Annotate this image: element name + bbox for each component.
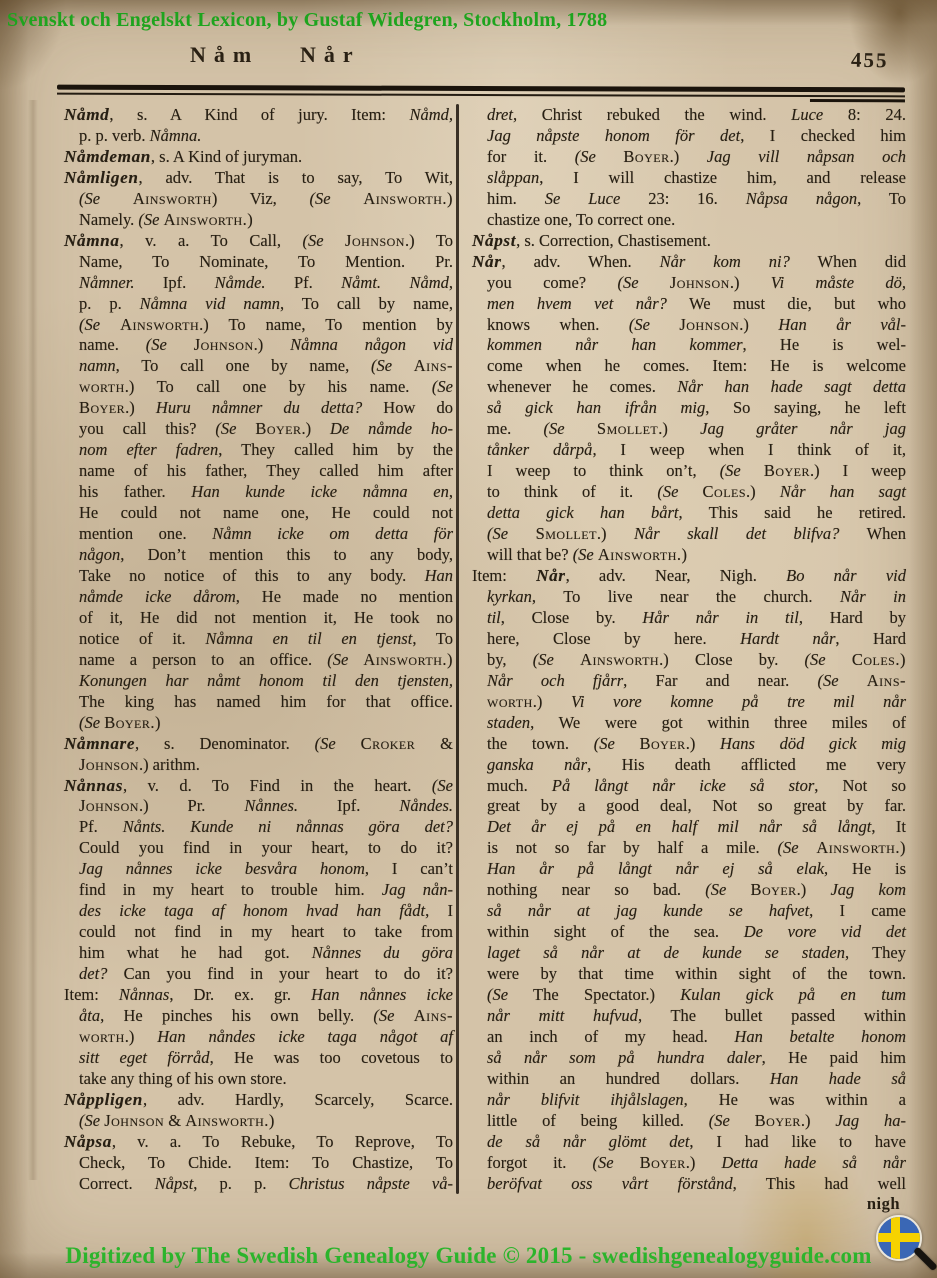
column-divider xyxy=(456,104,459,1194)
text-line: notice of it. Nåmna en til en tjenst, To xyxy=(64,629,453,650)
text-line: nom efter fadren, They called him by the xyxy=(64,440,453,461)
text-line: ganska når, His death afflicted me very xyxy=(472,755,906,776)
text-line: staden, We were got within three miles o… xyxy=(472,713,906,734)
text-line: within sight of the sea. De vore vid det xyxy=(472,922,906,943)
text-line: the town. (Se Boyer.) Hans död gick mig xyxy=(472,734,906,755)
text-line: p. p. verb. Nåmna. xyxy=(64,126,453,147)
text-line: within an hundred dollars. Han hade så xyxy=(472,1069,906,1090)
text-line: great by a good deal, Not so great by fa… xyxy=(472,796,906,817)
text-line: Check, To Chide. Item: To Chastize, To xyxy=(64,1153,453,1174)
catchword: nigh xyxy=(770,1194,900,1214)
text-line: Han år på långt når ej så elak, He is xyxy=(472,859,906,880)
text-line: men hvem vet når? We must die, but who xyxy=(472,294,906,315)
text-line: chastize one, To correct one. xyxy=(472,210,906,231)
text-line: name. (Se Johnson.) Nåmna någon vid xyxy=(64,335,453,356)
text-line: Nåmna, v. a. To Call, (Se Johnson.) To xyxy=(64,231,453,252)
text-line: beröfvat oss vårt förstånd, This had wel… xyxy=(472,1174,906,1195)
text-line: Name, To Nominate, To Mention. Pr. xyxy=(64,252,453,273)
text-line: Nånnas, v. d. To Find in the heart. (Se xyxy=(64,776,453,797)
text-line: him. Se Luce 23: 16. Nåpsa någon, To xyxy=(472,189,906,210)
text-line: Jag nåpste honom för det, I checked him xyxy=(472,126,906,147)
overlay-footer-text: Digitized by The Swedish Genealogy Guide… xyxy=(0,1243,937,1269)
text-line: p. p. Nåmna vid namn, To call by name, xyxy=(64,294,453,315)
text-line: så gick han ifrån mig, So saying, he lef… xyxy=(472,398,906,419)
text-line: Nåmdeman, s. A Kind of juryman. xyxy=(64,147,453,168)
text-line: Johnson.) Pr. Nånnes. Ipf. Nåndes. xyxy=(64,796,453,817)
text-line: is not so far by half a mile. (Se Ainswo… xyxy=(472,838,906,859)
text-line: nåmde icke dårom, He made no mention xyxy=(64,587,453,608)
overlay-header-text: Svenskt och Engelskt Lexicon, by Gustaf … xyxy=(7,9,607,32)
column-right: dret, Christ rebuked the wind. Luce 8: 2… xyxy=(472,105,906,1195)
text-line: take any thing of his own store. xyxy=(64,1069,453,1090)
text-line: worth.) To call one by his name. (Se xyxy=(64,377,453,398)
text-line: to think of it. (Se Coles.) Når han sagt xyxy=(472,482,906,503)
text-line: (Se Johnson & Ainsworth.) xyxy=(64,1111,453,1132)
text-line: you call this? (Se Boyer.) De nåmde ho- xyxy=(64,419,453,440)
text-line: dret, Christ rebuked the wind. Luce 8: 2… xyxy=(472,105,906,126)
text-line: Nåmd, s. A Kind of jury. Item: Nåmd, xyxy=(64,105,453,126)
text-line: come when he comes. Item: He is welcome xyxy=(472,356,906,377)
text-line: Når och fjårr, Far and near. (Se Ains- xyxy=(472,671,906,692)
flag-cross-horizontal xyxy=(878,1233,920,1242)
text-line: det? Can you find in your heart to do it… xyxy=(64,964,453,985)
text-line: Det år ej på en half mil når så långt, I… xyxy=(472,817,906,838)
text-line: Boyer.) Huru nåmner du detta? How do xyxy=(64,398,453,419)
text-line: could not find in my heart to take from xyxy=(64,922,453,943)
text-line: Nåpsa, v. a. To Rebuke, To Reprove, To xyxy=(64,1132,453,1153)
text-line: worth.) Vi vore komne på tre mil når xyxy=(472,692,906,713)
text-line: (Se Boyer.) xyxy=(64,713,453,734)
text-line: Correct. Nåpst, p. p. Christus nåpste vå… xyxy=(64,1174,453,1195)
text-line: little of being killed. (Se Boyer.) Jag … xyxy=(472,1111,906,1132)
text-line: når mitt hufvud, The bullet passed withi… xyxy=(472,1006,906,1027)
running-head-right: Når xyxy=(300,42,361,68)
text-line: (Se The Spectator.) Kulan gick på en tum xyxy=(472,985,906,1006)
text-line: Namely. (Se Ainsworth.) xyxy=(64,210,453,231)
header-double-rule xyxy=(57,85,905,98)
text-line: kommen når han kommer, He is wel- xyxy=(472,335,906,356)
text-line: (Se Smollet.) Når skall det blifva? When xyxy=(472,524,906,545)
text-line: here, Close by here. Hardt når, Hard xyxy=(472,629,906,650)
text-line: så når at jag kunde se hafvet, I came xyxy=(472,901,906,922)
text-line: him what he had got. Nånnes du göra xyxy=(64,943,453,964)
text-line: whenever he comes. Når han hade sagt det… xyxy=(472,377,906,398)
text-line: He could not name one, He could not xyxy=(64,503,453,524)
text-line: were by that time within sight of the to… xyxy=(472,964,906,985)
text-line: mention one. Nåmn icke om detta för xyxy=(64,524,453,545)
text-line: des icke taga af honom hvad han fådt, I xyxy=(64,901,453,922)
text-line: de så når glömt det, I had like to have xyxy=(472,1132,906,1153)
text-line: kyrkan, To live near the church. Når in xyxy=(472,587,906,608)
text-line: Nåppligen, adv. Hardly, Scarcely, Scarce… xyxy=(64,1090,453,1111)
text-line: så når som på hundra daler, He paid him xyxy=(472,1048,906,1069)
text-line: åta, He pinches his own belly. (Se Ains- xyxy=(64,1006,453,1027)
text-line: laget så når at de kunde se staden, They xyxy=(472,943,906,964)
text-line: Could you find in your heart, to do it? xyxy=(64,838,453,859)
text-line: nothing near so bad. (Se Boyer.) Jag kom xyxy=(472,880,906,901)
text-line: (Se Ainsworth) Viz, (Se Ainsworth.) xyxy=(64,189,453,210)
text-line: The king has named him for that office. xyxy=(64,692,453,713)
text-line: sitt eget förråd, He was too covetous to xyxy=(64,1048,453,1069)
text-line: (Se Ainsworth.) To name, To mention by xyxy=(64,315,453,336)
text-line: detta gick han bårt, This said he retire… xyxy=(472,503,906,524)
text-line: til, Close by. Hår når in til, Hard by xyxy=(472,608,906,629)
running-head-left: Nåm xyxy=(190,42,259,68)
text-line: by, (Se Ainsworth.) Close by. (Se Coles.… xyxy=(472,650,906,671)
text-line: much. På långt når icke så stor, Not so xyxy=(472,776,906,797)
page-number: 455 xyxy=(851,48,889,74)
scanned-page: Svenskt och Engelskt Lexicon, by Gustaf … xyxy=(0,0,937,1278)
text-line: forgot it. (Se Boyer.) Detta hade så når xyxy=(472,1153,906,1174)
text-line: namn, To call one by name, (Se Ains- xyxy=(64,356,453,377)
page-crease xyxy=(28,100,38,1180)
text-line: Nåmligen, adv. That is to say, To Wit, xyxy=(64,168,453,189)
text-line: an inch of my head. Han betalte honom xyxy=(472,1027,906,1048)
text-line: Item: Når, adv. Near, Nigh. Bo når vid xyxy=(472,566,906,587)
text-line: his father. Han kunde icke nåmna en, xyxy=(64,482,453,503)
text-line: når blifvit ihjålslagen, He was within a xyxy=(472,1090,906,1111)
text-line: Jag nånnes icke besvåra honom, I can’t xyxy=(64,859,453,880)
rule-thick xyxy=(57,85,905,93)
text-line: of it, He did not mention it, He took no xyxy=(64,608,453,629)
column-left: Nåmd, s. A Kind of jury. Item: Nåmd,p. p… xyxy=(64,105,453,1195)
text-line: name a person to an office. (Se Ainswort… xyxy=(64,650,453,671)
text-line: name of his father, They called him afte… xyxy=(64,461,453,482)
text-line: Nåpst, s. Correction, Chastisement. xyxy=(472,231,906,252)
text-line: Item: Nånnas, Dr. ex. gr. Han nånnes ick… xyxy=(64,985,453,1006)
text-line: Når, adv. When. Når kom ni? When did xyxy=(472,252,906,273)
text-line: will that be? (Se Ainsworth.) xyxy=(472,545,906,566)
text-line: Nåmnare, s. Denominator. (Se Croker & xyxy=(64,734,453,755)
text-line: Johnson.) arithm. xyxy=(64,755,453,776)
rule-fragment xyxy=(810,99,905,102)
text-line: Konungen har nåmt honom til den tjensten… xyxy=(64,671,453,692)
text-line: for it. (Se Boyer.) Jag vill nåpsan och xyxy=(472,147,906,168)
text-line: Take no notice of this to any body. Han xyxy=(64,566,453,587)
text-line: find in my heart to trouble him. Jag nån… xyxy=(64,880,453,901)
rule-thin xyxy=(57,93,905,98)
text-line: me. (Se Smollet.) Jag gråter når jag xyxy=(472,419,906,440)
text-line: tånker dårpå, I weep when I think of it, xyxy=(472,440,906,461)
text-line: Pf. Nånts. Kunde ni nånnas göra det? xyxy=(64,817,453,838)
text-line: Nåmner. Ipf. Nåmde. Pf. Nåmt. Nåmd, xyxy=(64,273,453,294)
text-line: slåppan, I will chastize him, and releas… xyxy=(472,168,906,189)
text-line: I weep to think on’t, (Se Boyer.) I weep xyxy=(472,461,906,482)
text-line: någon, Don’t mention this to any body, xyxy=(64,545,453,566)
text-line: knows when. (Se Johnson.) Han år vål- xyxy=(472,315,906,336)
text-line: you come? (Se Johnson.) Vi måste dö, xyxy=(472,273,906,294)
text-line: worth.) Han nåndes icke taga något af xyxy=(64,1027,453,1048)
